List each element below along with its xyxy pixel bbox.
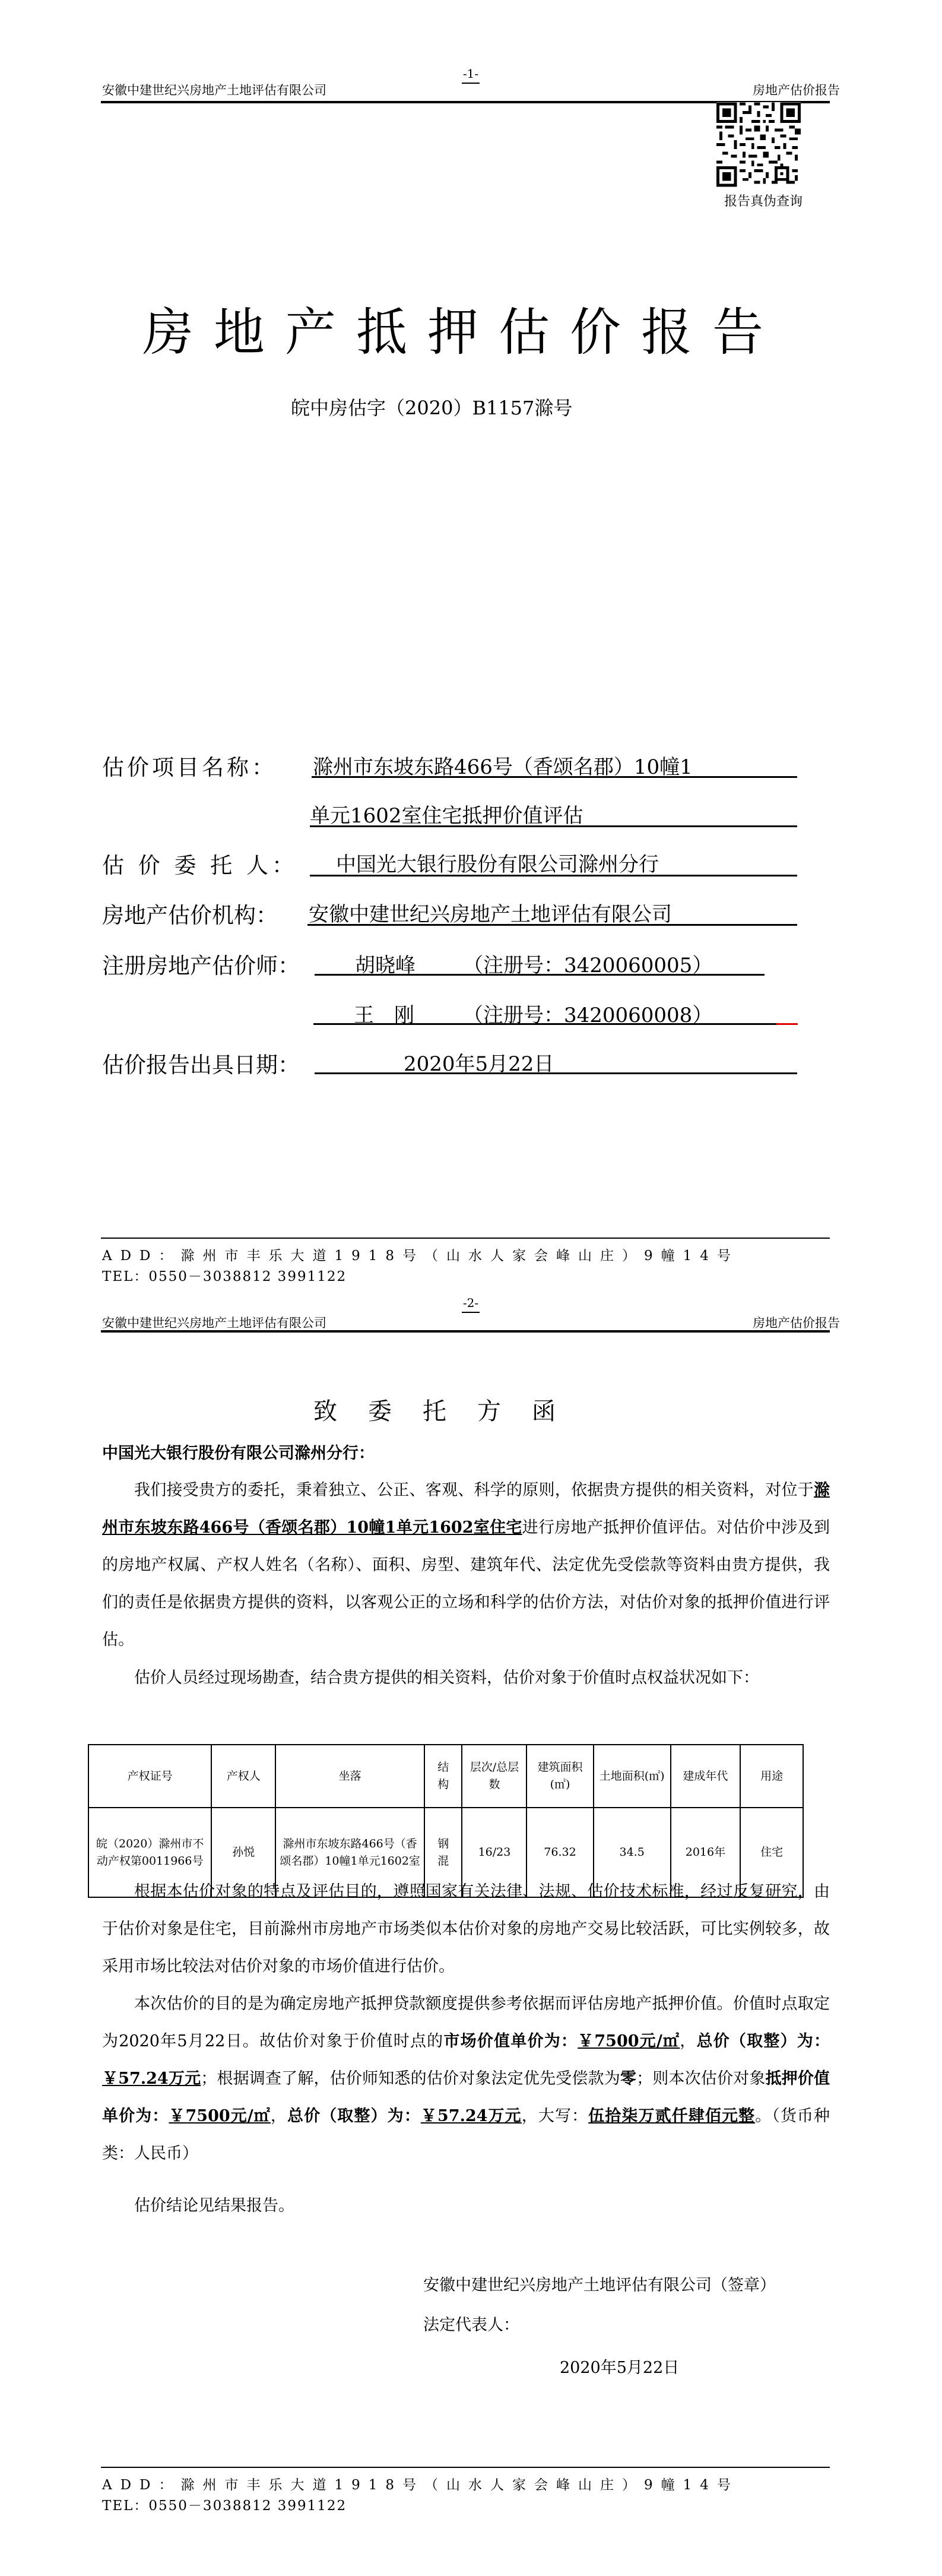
underline: [315, 974, 765, 976]
underline: [315, 1072, 797, 1074]
page-number: -1-: [453, 67, 489, 84]
header-doc-type: 房地产估价报告: [753, 81, 840, 99]
table-header-cell: 结构: [424, 1745, 462, 1808]
underline: [307, 924, 797, 926]
footer-rule: [101, 2467, 830, 2468]
mortgage-total-price: ￥57.24万元: [421, 2107, 522, 2125]
header-rule: [101, 1330, 830, 1333]
header-doc-type: 房地产估价报告: [753, 1314, 840, 1331]
date-label: 估价报告出具日期：: [102, 1047, 300, 1079]
letter-paragraph-4: 本次估价的目的是为确定房地产抵押贷款额度提供参考依据而评估房地产抵押价值。价值时…: [102, 1985, 830, 2172]
red-underline-mark: [776, 1023, 798, 1025]
market-unit-price: ￥7500元/㎡: [578, 2032, 680, 2050]
table-header-cell: 坐落: [275, 1745, 424, 1808]
appraiser-label: 注册房地产估价师：: [102, 948, 300, 980]
footer-tel: TEL：0550－3038812 3991122: [102, 1265, 347, 1285]
table-header-cell: 产权人: [211, 1745, 275, 1808]
project-name-label: 估价项目名称：: [102, 749, 277, 781]
salutation: 中国光大银行股份有限公司滁州分行：: [102, 1440, 375, 1463]
footer-tel: TEL：0550－3038812 3991122: [102, 2495, 347, 2514]
qr-caption: 报告真伪查询: [724, 191, 803, 210]
report-code: 皖中房估字（2020）B1157滁号: [291, 393, 572, 420]
table-header-cell: 层次/总层数: [462, 1745, 526, 1808]
qr-code-icon[interactable]: [716, 102, 801, 187]
project-name-value-line2: 单元1602室住宅抵押价值评估: [310, 799, 583, 828]
underline: [312, 776, 797, 778]
underline: [313, 1023, 776, 1025]
page-number: -2-: [453, 1296, 489, 1313]
legal-representative: 法定代表人：: [423, 2312, 519, 2335]
footer-rule: [101, 1238, 830, 1239]
footer-address: ADD：滁州市丰乐大道1918号（山水人家会峰山庄）9幢14号: [102, 1245, 830, 1264]
client-label: 估 价 委 托 人：: [102, 847, 297, 879]
table-header-cell: 产权证号: [88, 1745, 211, 1808]
table-header-row: 产权证号 产权人 坐落 结构 层次/总层数 建筑面积(㎡) 土地面积(㎡) 建成…: [88, 1745, 803, 1808]
table-header-cell: 用途: [740, 1745, 803, 1808]
underline: [310, 825, 797, 827]
agency-value: 安徽中建世纪兴房地产土地评估有限公司: [309, 898, 672, 927]
agency-label: 房地产估价机构：: [102, 897, 278, 929]
mortgage-unit-price: ￥7500元/㎡: [169, 2107, 271, 2125]
client-value: 中国光大银行股份有限公司滁州分行: [336, 848, 659, 877]
signature-date: 2020年5月22日: [560, 2355, 679, 2378]
market-total-price: ￥57.24万元: [102, 2069, 201, 2088]
underline: [310, 875, 797, 876]
header-company: 安徽中建世纪兴房地产土地评估有限公司: [102, 81, 326, 99]
report-title: 房地产抵押估价报告: [142, 291, 784, 365]
table-header-cell: 建筑面积(㎡): [526, 1745, 593, 1808]
footer-address: ADD：滁州市丰乐大道1918号（山水人家会峰山庄）9幢14号: [102, 2474, 830, 2493]
signature-company: 安徽中建世纪兴房地产土地评估有限公司（签章）: [423, 2272, 776, 2295]
amount-in-words: 伍拾柒万贰仟肆佰元整: [588, 2107, 755, 2125]
table-header-cell: 土地面积(㎡): [594, 1745, 671, 1808]
table-header-cell: 建成年代: [671, 1745, 740, 1808]
letter-paragraph-2: 估价人员经过现场勘查，结合贵方提供的相关资料，估价对象于价值时点权益状况如下：: [102, 1659, 830, 1697]
header-company: 安徽中建世纪兴房地产土地评估有限公司: [102, 1314, 326, 1331]
letter-paragraph-5: 估价结论见结果报告。: [102, 2187, 830, 2224]
project-name-value-line1: 滁州市东坡东路466号（香颂名郡）10幢1: [313, 751, 693, 780]
letter-paragraph-1: 我们接受贵方的委托，秉着独立、公正、客观、科学的原则，依据贵方提供的相关资料，对…: [102, 1471, 830, 1659]
letter-paragraph-3: 根据本估价对象的特点及评估目的，遵照国家有关法律、法规、估价技术标准，经过反复研…: [102, 1873, 830, 1985]
letter-title: 致委托方函: [313, 1393, 586, 1426]
